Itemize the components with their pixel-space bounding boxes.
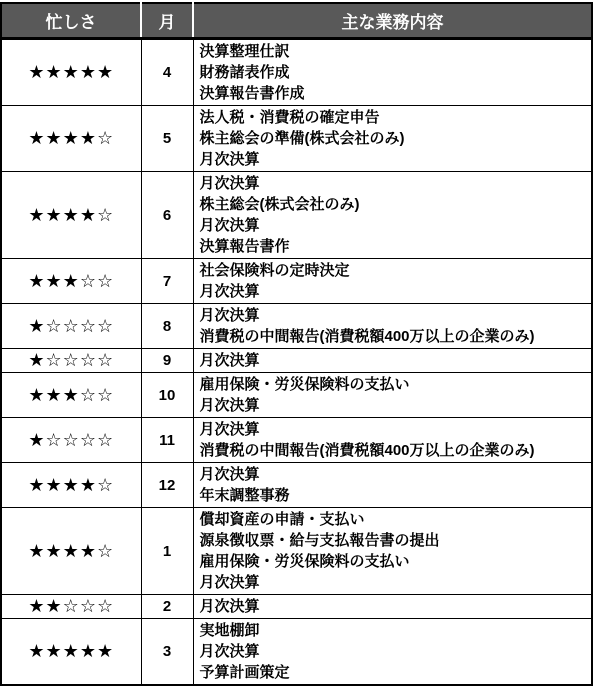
header-tasks: 主な業務内容 [193,3,592,39]
busyness-stars: ★★★☆☆ [1,373,141,418]
tasks-cell: 雇用保険・労災保険料の支払い月次決算 [193,373,592,418]
tasks-cell: 月次決算消費税の中間報告(消費税額400万以上の企業のみ) [193,418,592,463]
table-body: ★★★★★ 4 決算整理仕訳財務諸表作成決算報告書作成 ★★★★☆ 5 法人税・… [1,39,592,686]
task-line: 消費税の中間報告(消費税額400万以上の企業のみ) [200,440,586,461]
schedule-table: 忙しさ 月 主な業務内容 ★★★★★ 4 決算整理仕訳財務諸表作成決算報告書作成… [0,2,593,686]
task-line: 年末調整事務 [200,485,586,506]
month-cell: 3 [141,619,193,686]
task-line: 雇用保険・労災保険料の支払い [200,551,586,572]
tasks-cell: 月次決算年末調整事務 [193,463,592,508]
tasks-cell: 月次決算消費税の中間報告(消費税額400万以上の企業のみ) [193,304,592,349]
header-busyness: 忙しさ [1,3,141,39]
task-line: 月次決算 [200,149,586,170]
page: 忙しさ 月 主な業務内容 ★★★★★ 4 決算整理仕訳財務諸表作成決算報告書作成… [0,0,596,685]
busyness-stars: ★★★★☆ [1,463,141,508]
month-cell: 6 [141,172,193,259]
table-header: 忙しさ 月 主な業務内容 [1,3,592,39]
tasks-cell: 月次決算 [193,595,592,619]
month-cell: 7 [141,259,193,304]
task-line: 月次決算 [200,419,586,440]
table-row: ★★★★★ 3 実地棚卸月次決算予算計画策定 [1,619,592,686]
task-line: 財務諸表作成 [200,62,586,83]
task-line: 源泉徴収票・給与支払報告書の提出 [200,530,586,551]
tasks-cell: 月次決算 [193,349,592,373]
task-line: 社会保険料の定時決定 [200,260,586,281]
task-line: 月次決算 [200,395,586,416]
busyness-stars: ★★☆☆☆ [1,595,141,619]
tasks-cell: 月次決算株主総会(株式会社のみ)月次決算決算報告書作 [193,172,592,259]
busyness-stars: ★☆☆☆☆ [1,418,141,463]
task-line: 月次決算 [200,641,586,662]
busyness-stars: ★★★★★ [1,39,141,106]
table-row: ★★☆☆☆ 2 月次決算 [1,595,592,619]
table-row: ★☆☆☆☆ 8 月次決算消費税の中間報告(消費税額400万以上の企業のみ) [1,304,592,349]
busyness-stars: ★☆☆☆☆ [1,349,141,373]
task-line: 月次決算 [200,215,586,236]
month-cell: 4 [141,39,193,106]
busyness-stars: ★★★☆☆ [1,259,141,304]
busyness-stars: ★☆☆☆☆ [1,304,141,349]
tasks-cell: 決算整理仕訳財務諸表作成決算報告書作成 [193,39,592,106]
month-cell: 11 [141,418,193,463]
month-cell: 2 [141,595,193,619]
task-line: 月次決算 [200,350,586,371]
task-line: 月次決算 [200,572,586,593]
table-row: ★★★☆☆ 10 雇用保険・労災保険料の支払い月次決算 [1,373,592,418]
header-month: 月 [141,3,193,39]
table-row: ★☆☆☆☆ 11 月次決算消費税の中間報告(消費税額400万以上の企業のみ) [1,418,592,463]
busyness-stars: ★★★★☆ [1,508,141,595]
month-cell: 5 [141,106,193,172]
task-line: 月次決算 [200,305,586,326]
tasks-cell: 実地棚卸月次決算予算計画策定 [193,619,592,686]
month-cell: 8 [141,304,193,349]
task-line: 実地棚卸 [200,620,586,641]
task-line: 株主総会(株式会社のみ) [200,194,586,215]
month-cell: 12 [141,463,193,508]
tasks-cell: 償却資産の申請・支払い源泉徴収票・給与支払報告書の提出雇用保険・労災保険料の支払… [193,508,592,595]
task-line: 消費税の中間報告(消費税額400万以上の企業のみ) [200,326,586,347]
task-line: 予算計画策定 [200,662,586,683]
task-line: 決算整理仕訳 [200,41,586,62]
busyness-stars: ★★★★★ [1,619,141,686]
task-line: 決算報告書作成 [200,83,586,104]
table-row: ★☆☆☆☆ 9 月次決算 [1,349,592,373]
busyness-stars: ★★★★☆ [1,106,141,172]
table-row: ★★★★☆ 1 償却資産の申請・支払い源泉徴収票・給与支払報告書の提出雇用保険・… [1,508,592,595]
month-cell: 9 [141,349,193,373]
tasks-cell: 法人税・消費税の確定申告株主総会の準備(株式会社のみ)月次決算 [193,106,592,172]
table-row: ★★★☆☆ 7 社会保険料の定時決定月次決算 [1,259,592,304]
table-row: ★★★★☆ 6 月次決算株主総会(株式会社のみ)月次決算決算報告書作 [1,172,592,259]
month-cell: 1 [141,508,193,595]
tasks-cell: 社会保険料の定時決定月次決算 [193,259,592,304]
table-row: ★★★★☆ 12 月次決算年末調整事務 [1,463,592,508]
task-line: 月次決算 [200,173,586,194]
task-line: 月次決算 [200,281,586,302]
task-line: 月次決算 [200,464,586,485]
table-row: ★★★★☆ 5 法人税・消費税の確定申告株主総会の準備(株式会社のみ)月次決算 [1,106,592,172]
task-line: 雇用保険・労災保険料の支払い [200,374,586,395]
task-line: 株主総会の準備(株式会社のみ) [200,128,586,149]
month-cell: 10 [141,373,193,418]
header-row: 忙しさ 月 主な業務内容 [1,3,592,39]
table-row: ★★★★★ 4 決算整理仕訳財務諸表作成決算報告書作成 [1,39,592,106]
task-line: 月次決算 [200,596,586,617]
task-line: 法人税・消費税の確定申告 [200,107,586,128]
task-line: 決算報告書作 [200,236,586,257]
busyness-stars: ★★★★☆ [1,172,141,259]
task-line: 償却資産の申請・支払い [200,509,586,530]
